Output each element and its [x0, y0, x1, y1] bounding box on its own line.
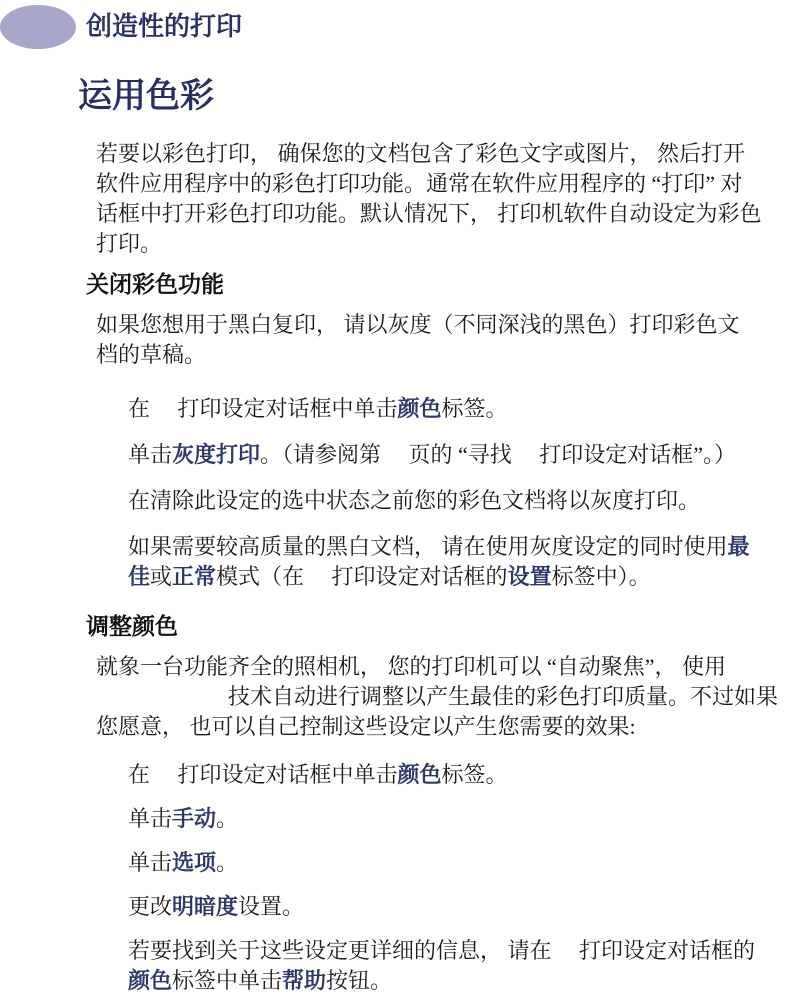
chapter-ellipse-decoration: [0, 5, 76, 49]
section-heading-adjust-color: 调整颜色: [86, 612, 807, 640]
step-item: 在 打印设定对话框中单击颜色标签。: [128, 394, 807, 424]
intro-paragraph: 若要以彩色打印， 确保您的文档包含了彩色文字或图片， 然后打开软件应用程序中的彩…: [96, 139, 807, 259]
step-item: 如果需要较高质量的黑白文档， 请在使用灰度设定的同时使用最佳或正常模式（在 打印…: [128, 532, 807, 592]
step-item: 单击选项。: [128, 848, 807, 878]
adjust-color-paragraph: 就象一台功能齐全的照相机， 您的打印机可以 “自动聚焦”， 使用 技术自动进行调…: [96, 652, 807, 742]
step-item: 在清除此设定的选中状态之前您的彩色文档将以灰度打印。: [128, 486, 807, 516]
disable-color-steps: 在 打印设定对话框中单击颜色标签。 单击灰度打印。（请参阅第 页的 “寻找 打印…: [0, 394, 807, 592]
chapter-title: 创造性的打印: [86, 11, 242, 41]
adjust-color-steps: 在 打印设定对话框中单击颜色标签。 单击手动。 单击选项。 更改明暗度设置。 若…: [0, 760, 807, 995]
page-title: 运用色彩: [78, 77, 807, 115]
chapter-header: 创造性的打印: [0, 0, 807, 49]
step-item: 单击手动。: [128, 804, 807, 834]
document-page: 创造性的打印 运用色彩 若要以彩色打印， 确保您的文档包含了彩色文字或图片， 然…: [0, 0, 807, 995]
section-heading-disable-color: 关闭彩色功能: [86, 270, 807, 298]
step-item: 在 打印设定对话框中单击颜色标签。: [128, 760, 807, 790]
step-item: 更改明暗度设置。: [128, 892, 807, 922]
step-item: 单击灰度打印。（请参阅第 页的 “寻找 打印设定对话框”。）: [128, 440, 807, 470]
disable-color-paragraph: 如果您想用于黑白复印， 请以灰度（不同深浅的黑色）打印彩色文档的草稿。: [96, 310, 807, 370]
step-item: 若要找到关于这些设定更详细的信息， 请在 打印设定对话框的颜色标签中单击帮助按钮…: [128, 936, 807, 995]
